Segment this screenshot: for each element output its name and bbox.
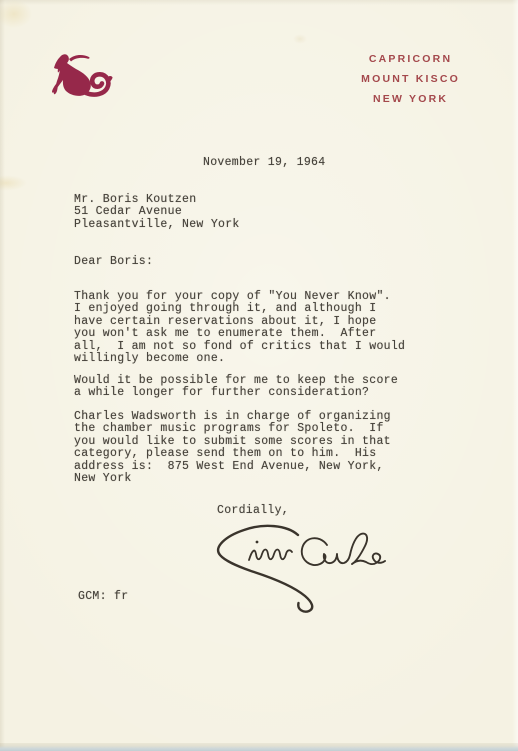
recipient-address: Mr. Boris Koutzen 51 Cedar Avenue Pleasa… xyxy=(74,194,240,231)
body-paragraph-2: Would it be possible for me to keep the … xyxy=(74,375,398,400)
paper-bottom-edge xyxy=(0,743,518,751)
body-paragraph-1: Thank you for your copy of "You Never Kn… xyxy=(74,291,405,365)
typist-initials: GCM: fr xyxy=(78,591,128,603)
letterhead-line-capricorn: CAPRICORN xyxy=(361,49,460,69)
body-paragraph-3: Charles Wadsworth is in charge of organi… xyxy=(74,411,391,485)
capricorn-seagoat-logo-icon xyxy=(50,51,114,98)
closing-line: Cordially, xyxy=(217,505,289,517)
letterhead-address: CAPRICORN MOUNT KISCO NEW YORK xyxy=(361,49,460,109)
date-line: November 19, 1964 xyxy=(203,157,325,169)
salutation: Dear Boris: xyxy=(74,256,153,268)
letterhead-line-mount-kisco: MOUNT KISCO xyxy=(361,69,460,89)
signature-handwriting xyxy=(211,523,391,616)
letter-page: CAPRICORN MOUNT KISCO NEW YORK November … xyxy=(0,0,518,751)
letterhead-line-new-york: NEW YORK xyxy=(361,89,460,109)
